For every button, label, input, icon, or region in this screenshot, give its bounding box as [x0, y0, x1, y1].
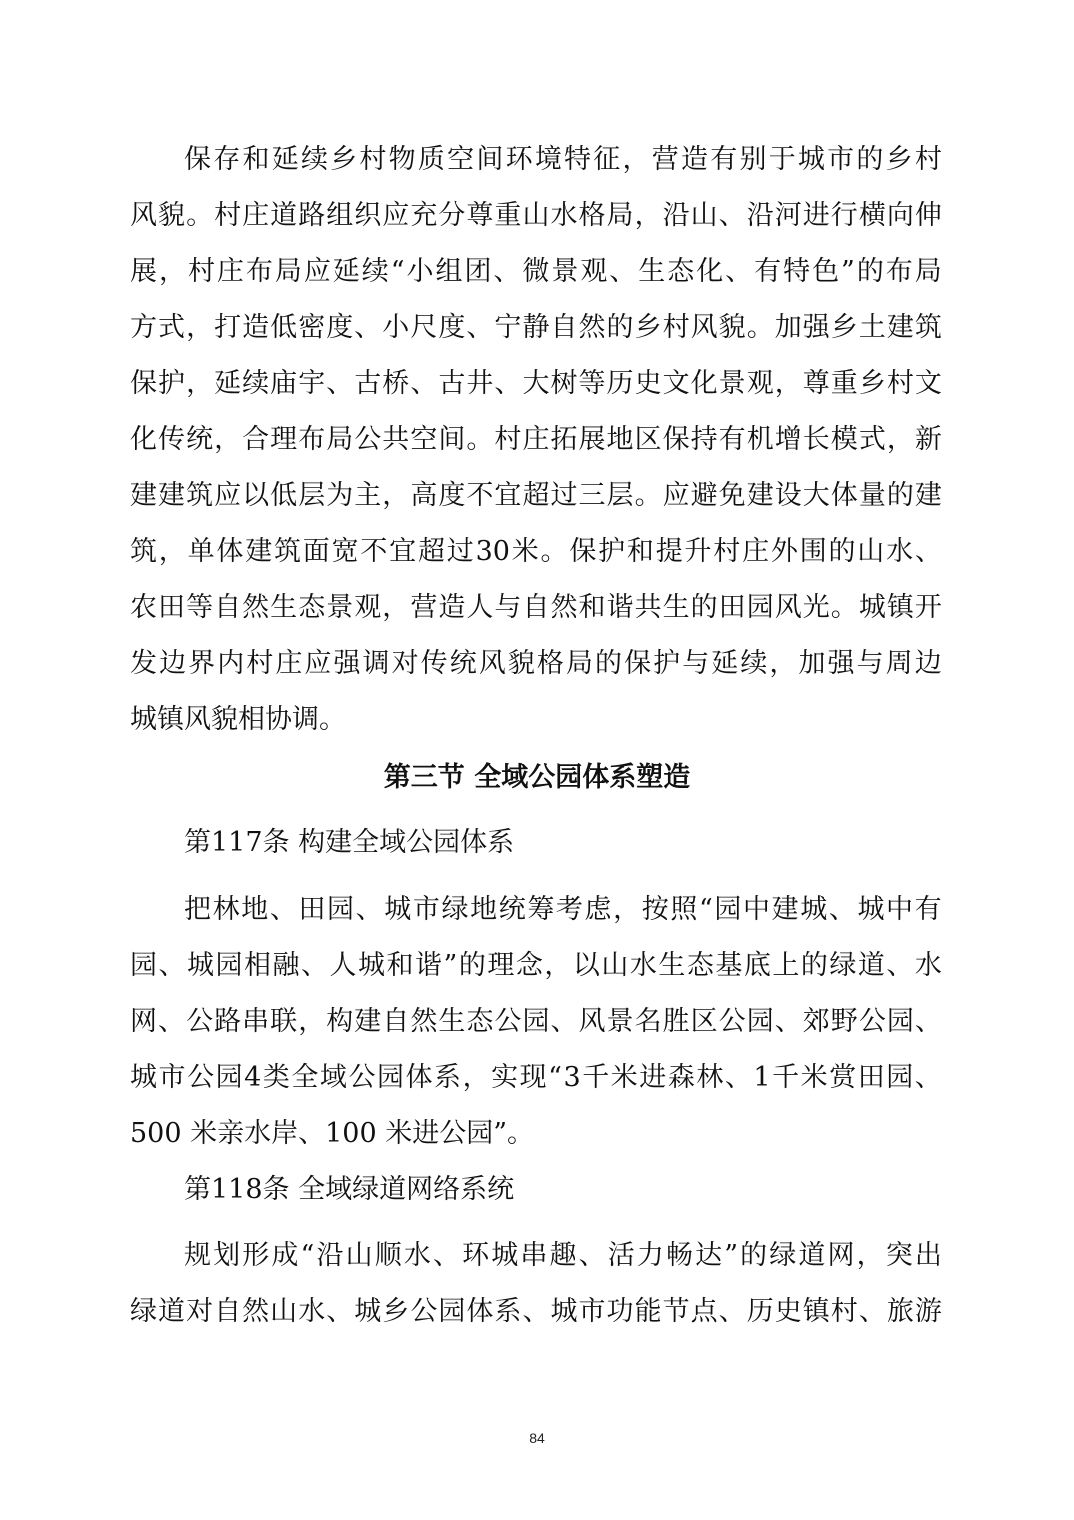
- paragraph-line: 化传统，合理布局公共空间。村庄拓展地区保持有机增长模式，新: [130, 420, 942, 460]
- document-page: 保存和延续乡村物质空间环境特征，营造有别于城市的乡村 风貌。村庄道路组织应充分尊…: [0, 0, 1074, 1520]
- paragraph-line: 农田等自然生态景观，营造人与自然和谐共生的田园风光。城镇开: [130, 588, 942, 628]
- paragraph-line: 网、公路串联，构建自然生态公园、风景名胜区公园、郊野公园、: [130, 1002, 942, 1042]
- paragraph-line: 筑，单体建筑面宽不宜超过30米。保护和提升村庄外围的山水、: [130, 532, 942, 572]
- paragraph-line: 把林地、田园、城市绿地统筹考虑，按照“园中建城、城中有: [184, 890, 942, 930]
- paragraph-line: 城市公园4类全域公园体系，实现“3千米进森林、1千米赏田园、: [130, 1058, 942, 1098]
- paragraph-line: 方式，打造低密度、小尺度、宁静自然的乡村风貌。加强乡土建筑: [130, 308, 942, 348]
- article-117-title: 第117条 构建全域公园体系: [184, 823, 514, 863]
- paragraph-line: 绿道对自然山水、城乡公园体系、城市功能节点、历史镇村、旅游: [130, 1292, 942, 1332]
- paragraph-line: 保护，延续庙宇、古桥、古井、大树等历史文化景观，尊重乡村文: [130, 364, 942, 404]
- article-118-title: 第118条 全域绿道网络系统: [184, 1170, 514, 1210]
- page-number: 84: [0, 1430, 1074, 1446]
- paragraph-line: 园、城园相融、人城和谐”的理念，以山水生态基底上的绿道、水: [130, 946, 942, 986]
- paragraph-line: 发边界内村庄应强调对传统风貌格局的保护与延续，加强与周边: [130, 644, 942, 684]
- paragraph-line: 风貌。村庄道路组织应充分尊重山水格局，沿山、沿河进行横向伸: [130, 196, 942, 236]
- paragraph-line: 保存和延续乡村物质空间环境特征，营造有别于城市的乡村: [184, 140, 942, 180]
- paragraph-line: 城镇风貌相协调。: [130, 700, 942, 740]
- paragraph-line: 500 米亲水岸、100 米进公园”。: [130, 1114, 942, 1154]
- paragraph-line: 建建筑应以低层为主，高度不宜超过三层。应避免建设大体量的建: [130, 476, 942, 516]
- paragraph-line: 展，村庄布局应延续“小组团、微景观、生态化、有特色”的布局: [130, 252, 942, 292]
- section-heading: 第三节 全域公园体系塑造: [0, 758, 1074, 798]
- paragraph-line: 规划形成“沿山顺水、环城串趣、活力畅达”的绿道网，突出: [184, 1236, 942, 1276]
